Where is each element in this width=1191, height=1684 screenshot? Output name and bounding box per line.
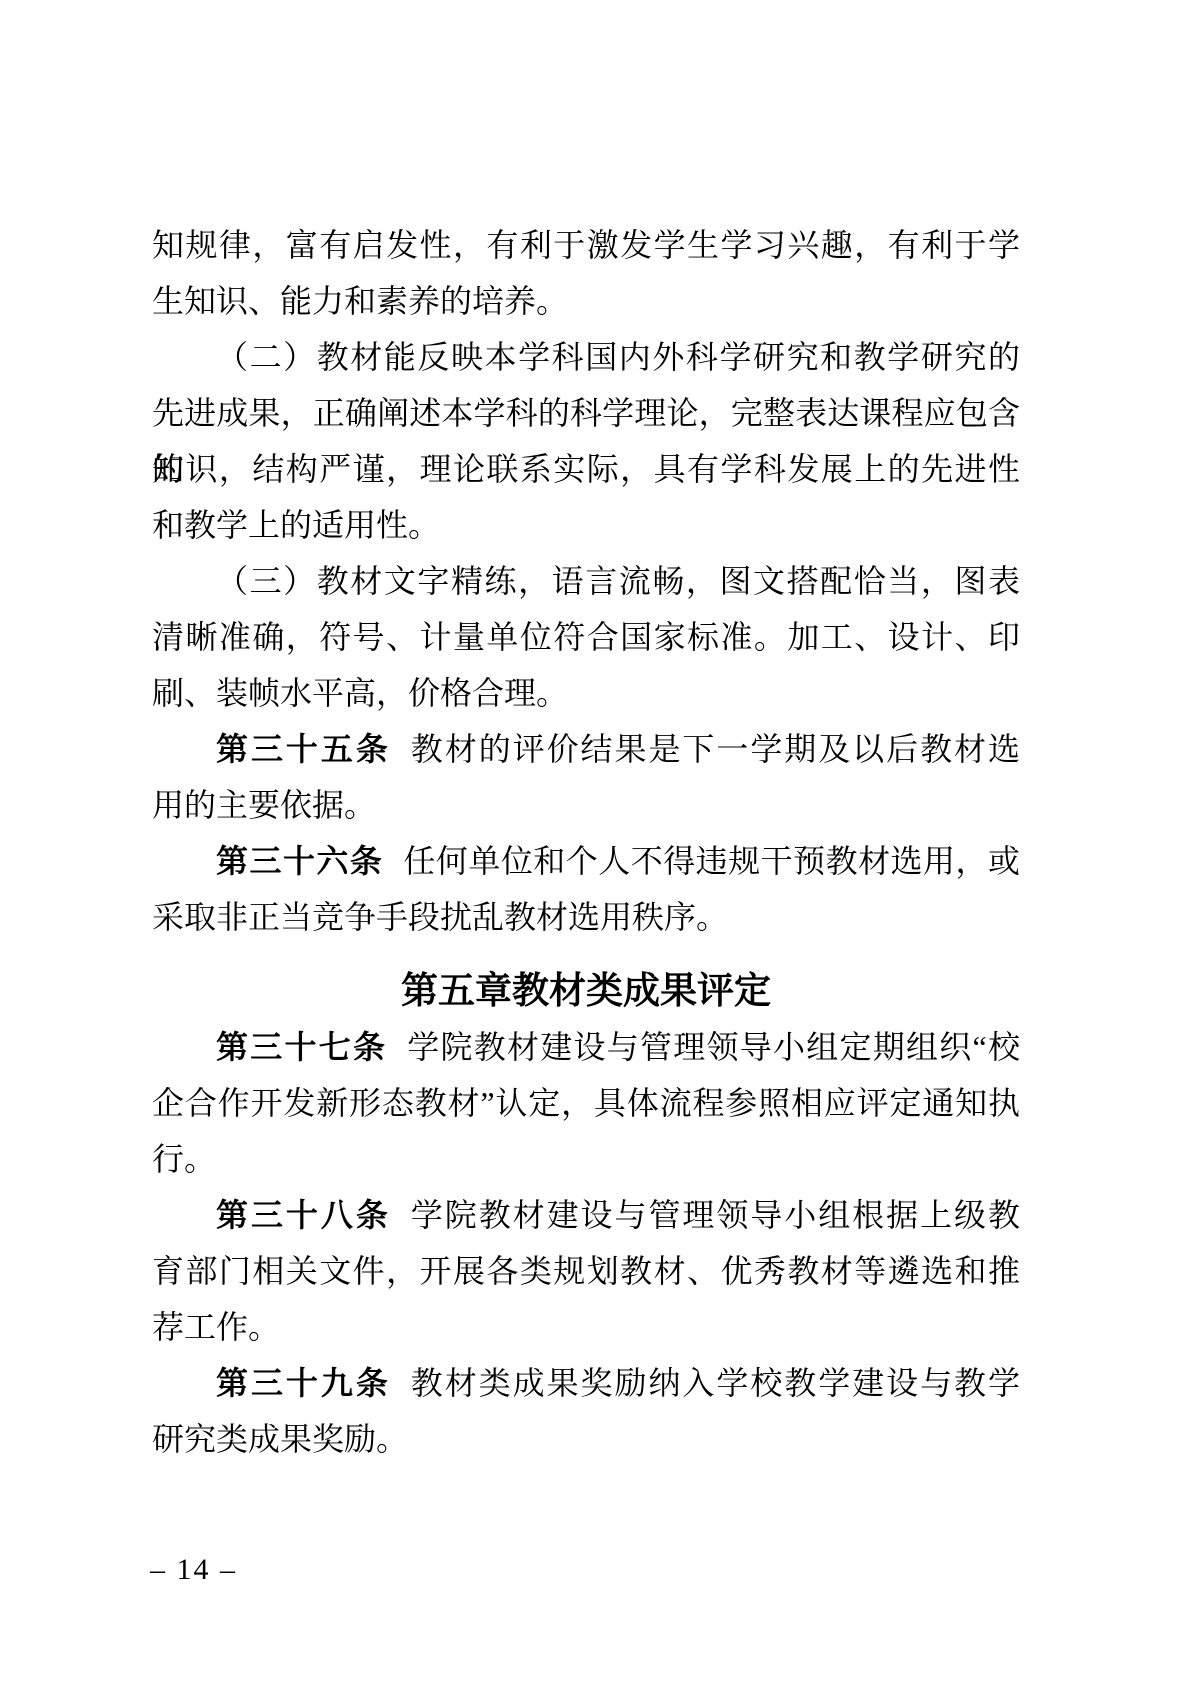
text-line: 清晰准确，符号、计量单位符合国家标准。加工、设计、印 xyxy=(152,609,1020,665)
text-line: 用的主要依据。 xyxy=(152,777,1020,833)
text-line: 第三十八条学院教材建设与管理领导小组根据上级教 xyxy=(152,1187,1020,1243)
text-line: 行。 xyxy=(152,1131,1020,1187)
text-line: 企合作开发新形态教材”认定，具体流程参照相应评定通知执 xyxy=(152,1075,1020,1131)
text-line: 和教学上的适用性。 xyxy=(152,497,1020,553)
article-number: 第三十八条 xyxy=(216,1197,391,1233)
article-number: 第三十七条 xyxy=(216,1029,387,1065)
text-line: 先进成果，正确阐述本学科的科学理论，完整表达课程应包含的 xyxy=(152,385,1020,441)
text-line: 知识，结构严谨，理论联系实际，具有学科发展上的先进性 xyxy=(152,441,1020,497)
text-line: 荐工作。 xyxy=(152,1299,1020,1355)
text-line: 采取非正当竞争手段扰乱教材选用秩序。 xyxy=(152,889,1020,945)
text-line: （三）教材文字精练，语言流畅，图文搭配恰当，图表 xyxy=(152,553,1020,609)
text-line: 育部门相关文件，开展各类规划教材、优秀教材等遴选和推 xyxy=(152,1243,1020,1299)
text-line: 知规律，富有启发性，有利于激发学生学习兴趣，有利于学 xyxy=(152,217,1020,273)
document-body: 知规律，富有启发性，有利于激发学生学习兴趣，有利于学生知识、能力和素养的培养。（… xyxy=(152,217,1020,1467)
article-number: 第三十五条 xyxy=(216,731,391,767)
text-line: （二）教材能反映本学科国内外科学研究和教学研究的 xyxy=(152,329,1020,385)
text-line: 研究类成果奖励。 xyxy=(152,1411,1020,1467)
article-number: 第三十六条 xyxy=(216,843,383,879)
article-number: 第三十九条 xyxy=(216,1365,391,1401)
text-line: 第三十六条任何单位和个人不得违规干预教材选用，或 xyxy=(152,833,1020,889)
text-line: 生知识、能力和素养的培养。 xyxy=(152,273,1020,329)
document-page: 知规律，富有启发性，有利于激发学生学习兴趣，有利于学生知识、能力和素养的培养。（… xyxy=(0,0,1191,1684)
text-line: 刷、装帧水平高，价格合理。 xyxy=(152,665,1020,721)
text-line: 第三十九条教材类成果奖励纳入学校教学建设与教学 xyxy=(152,1355,1020,1411)
page-number: – 14 – xyxy=(150,1550,237,1590)
text-line: 第三十五条教材的评价结果是下一学期及以后教材选 xyxy=(152,721,1020,777)
text-line: 第三十七条学院教材建设与管理领导小组定期组织“校 xyxy=(152,1019,1020,1075)
chapter-heading: 第五章教材类成果评定 xyxy=(152,963,1020,1019)
